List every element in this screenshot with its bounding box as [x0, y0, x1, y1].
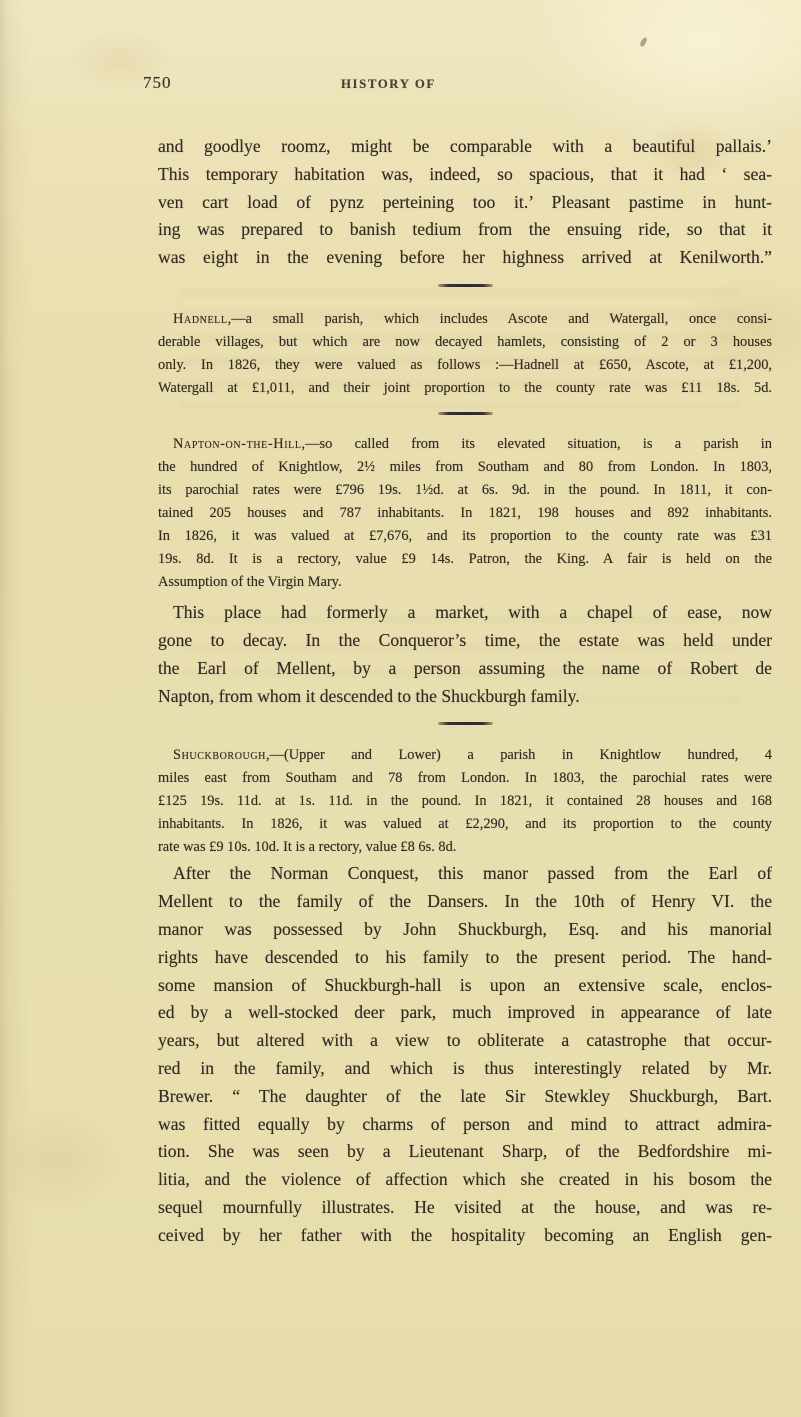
text-line: Assumption of the Virgin Mary. [158, 571, 772, 594]
text-line: and goodlye roomz, might be comparable w… [158, 133, 772, 161]
section-divider [438, 722, 493, 725]
section-divider [438, 412, 493, 415]
text-column: and goodlye roomz, might be comparable w… [158, 133, 772, 1250]
text-line: litia, and the violence of affection whi… [158, 1166, 772, 1194]
shuckburgh-history-paragraph: After the Norman Conquest, this manor pa… [158, 860, 772, 1249]
text-line: 19s. 8d. It is a rectory, value £9 14s. … [158, 548, 772, 571]
text-line: rights have descended to his family to t… [158, 944, 772, 972]
shuckborough-paragraph: Shuckborough,—(Upper and Lower) a parish… [158, 744, 772, 859]
text-line: ven cart load of pynz perteining too it.… [158, 189, 772, 217]
text-line: £125 19s. 11d. at 1s. 11d. in the pound.… [158, 790, 772, 813]
text-line: Napton, from whom it descended to the Sh… [158, 683, 772, 711]
smallcaps-lead: Shuckborough [173, 747, 266, 763]
smallcaps-lead: Hadnell [173, 311, 228, 327]
ink-speck [639, 36, 648, 47]
text-line: Brewer. “ The daughter of the late Sir S… [158, 1083, 772, 1111]
text-line: tained 205 houses and 787 inhabitants. I… [158, 502, 772, 525]
text-line: Hadnell,—a small parish, which includes … [158, 308, 772, 331]
text-line: was fitted equally by charms of person a… [158, 1111, 772, 1139]
hadnell-paragraph: Hadnell,—a small parish, which includes … [158, 308, 772, 400]
text-line: the hundred of Knightlow, 2½ miles from … [158, 456, 772, 479]
text-line: ed by a well-stocked deer park, much imp… [158, 999, 772, 1027]
text-line: gone to decay. In the Conqueror’s time, … [158, 627, 772, 655]
text-line: After the Norman Conquest, this manor pa… [158, 860, 772, 888]
text-line: Mellent to the family of the Dansers. In… [158, 888, 772, 916]
page-number: 750 [143, 73, 172, 93]
napton-history-paragraph: This place had formerly a market, with a… [158, 599, 772, 710]
text-line: This place had formerly a market, with a… [158, 599, 772, 627]
text-line: the Earl of Mellent, by a person assumin… [158, 655, 772, 683]
text-line: miles east from Southam and 78 from Lond… [158, 767, 772, 790]
text-line: ing was prepared to banish tedium from t… [158, 216, 772, 244]
text-line: Watergall at £1,011, and their joint pro… [158, 377, 772, 400]
kenilworth-paragraph: and goodlye roomz, might be comparable w… [158, 133, 772, 272]
text-line: inhabitants. In 1826, it was valued at £… [158, 813, 772, 836]
smallcaps-lead: Napton-on-the-Hill [173, 436, 302, 452]
section-divider [438, 284, 493, 287]
text-line: Shuckborough,—(Upper and Lower) a parish… [158, 744, 772, 767]
text-line: This temporary habitation was, indeed, s… [158, 161, 772, 189]
text-line: only. In 1826, they were valued as follo… [158, 354, 772, 377]
text-line: some mansion of Shuckburgh-hall is upon … [158, 972, 772, 1000]
text-line: sequel mournfully illustrates. He visite… [158, 1194, 772, 1222]
running-header: HISTORY OF [341, 77, 436, 92]
text-line: In 1826, it was valued at £7,676, and it… [158, 525, 772, 548]
text-line: red in the family, and which is thus int… [158, 1055, 772, 1083]
napton-paragraph: Napton-on-the-Hill,—so called from its e… [158, 433, 772, 595]
text-line: derable villages, but which are now deca… [158, 331, 772, 354]
text-line: tion. She was seen by a Lieutenant Sharp… [158, 1138, 772, 1166]
book-page: 750 HISTORY OF and goodlye roomz, might … [0, 0, 801, 1417]
text-line: rate was £9 10s. 10d. It is a rectory, v… [158, 836, 772, 859]
text-line: years, but altered with a view to oblite… [158, 1027, 772, 1055]
text-line: was eight in the evening before her high… [158, 244, 772, 272]
text-line: Napton-on-the-Hill,—so called from its e… [158, 433, 772, 456]
text-line: manor was possessed by John Shuckburgh, … [158, 916, 772, 944]
text-line: its parochial rates were £796 19s. 1½d. … [158, 479, 772, 502]
text-line: ceived by her father with the hospitalit… [158, 1222, 772, 1250]
